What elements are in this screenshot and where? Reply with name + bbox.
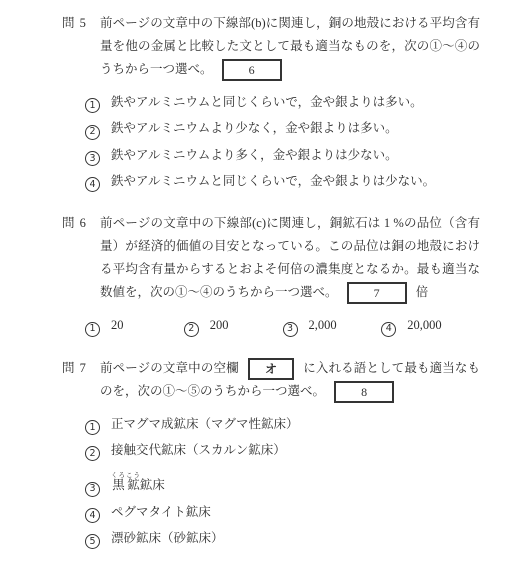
option-text: 鉄やアルミニウムと同じくらいで，金や銀よりは少ない。 — [111, 173, 435, 189]
option-row: 1 鉄やアルミニウムと同じくらいで，金や銀よりは多い。 — [85, 94, 480, 111]
option-text: 接触交代鉱床（スカルン鉱床） — [111, 442, 286, 458]
option-row: 2 200 — [184, 317, 283, 334]
option-row: 3 2,000 — [283, 317, 382, 334]
circled-number-icon: 4 — [381, 322, 396, 337]
question-5-options: 1 鉄やアルミニウムと同じくらいで，金や銀よりは多い。 2 鉄やアルミニウムより… — [85, 94, 480, 190]
option-text: ペグマタイト鉱床 — [111, 504, 211, 520]
question-7-options: 1 正マグマ成鉱床（マグマ性鉱床） 2 接触交代鉱床（スカルン鉱床） 3 黒鉱く… — [85, 416, 480, 547]
option-text: 正マグマ成鉱床（マグマ性鉱床） — [111, 416, 299, 432]
circled-number-icon: 5 — [85, 534, 100, 549]
question-6: 問 6 前ページの文章中の下線部(c)に関連し，銅鉱石は 1 %の品位（含有量）… — [62, 212, 480, 334]
option-furigana: くろこう — [111, 472, 141, 479]
question-7-text-block: 前ページの文章中の空欄 オ に入れる語として最も適当なものを，次の①～⑤のうちか… — [100, 357, 480, 403]
question-7: 問 7 前ページの文章中の空欄 オ に入れる語として最も適当なものを，次の①～⑤… — [62, 357, 480, 548]
circled-number-icon: 2 — [184, 322, 199, 337]
question-5-statement: 問 5 前ページの文章中の下線部(b)に関連し，銅の地殻における平均含有量を他の… — [62, 12, 480, 81]
circled-number-icon: 4 — [85, 177, 100, 192]
option-row: 1 正マグマ成鉱床（マグマ性鉱床） — [85, 416, 480, 433]
question-6-options: 1 20 2 200 3 2,000 4 20,000 — [85, 317, 480, 334]
option-row: 2 鉄やアルミニウムより少なく，金や銀よりは多い。 — [85, 120, 480, 137]
circled-number-icon: 1 — [85, 98, 100, 113]
circled-number-icon: 3 — [85, 151, 100, 166]
option-text: 200 — [210, 317, 229, 333]
question-5-label: 問 5 — [62, 12, 100, 35]
option-row: 4 鉄やアルミニウムと同じくらいで，金や銀よりは少ない。 — [85, 173, 480, 190]
option-text: 鉄やアルミニウムより多く，金や銀よりは少ない。 — [111, 147, 398, 163]
question-5-text-block: 前ページの文章中の下線部(b)に関連し，銅の地殻における平均含有量を他の金属と比… — [100, 12, 480, 81]
question-7-text-before-blank: 前ページの文章中の空欄 — [100, 361, 239, 375]
option-text: 鉄やアルミニウムより少なく，金や銀よりは多い。 — [111, 120, 398, 136]
circled-number-icon: 2 — [85, 125, 100, 140]
question-6-text-block: 前ページの文章中の下線部(c)に関連し，銅鉱石は 1 %の品位（含有量）が経済的… — [100, 212, 480, 304]
question-5-text: 前ページの文章中の下線部(b)に関連し，銅の地殻における平均含有量を他の金属と比… — [100, 16, 480, 76]
circled-number-icon: 1 — [85, 322, 100, 337]
circled-number-icon: 4 — [85, 508, 100, 523]
option-text-rest: 鉱床 — [140, 478, 165, 492]
circled-number-icon: 3 — [283, 322, 298, 337]
option-row: 1 20 — [85, 317, 184, 334]
question-7-label: 問 7 — [62, 357, 100, 380]
option-row: 4 ペグマタイト鉱床 — [85, 504, 480, 521]
option-ruby-base: 黒鉱 — [111, 478, 141, 492]
circled-number-icon: 3 — [85, 482, 100, 497]
option-row: 5 漂砂鉱床（砂鉱床） — [85, 530, 480, 547]
circled-number-icon: 1 — [85, 420, 100, 435]
option-text: 20,000 — [407, 317, 441, 333]
option-text: 黒鉱くろこう鉱床 — [111, 472, 165, 493]
question-7-statement: 問 7 前ページの文章中の空欄 オ に入れる語として最も適当なものを，次の①～⑤… — [62, 357, 480, 403]
option-row: 4 20,000 — [381, 317, 480, 334]
question-6-box-suffix: 倍 — [416, 285, 429, 299]
question-6-answer-box: 7 — [347, 282, 407, 304]
question-5: 問 5 前ページの文章中の下線部(b)に関連し，銅の地殻における平均含有量を他の… — [62, 12, 480, 190]
exam-page: 問 5 前ページの文章中の下線部(b)に関連し，銅の地殻における平均含有量を他の… — [0, 0, 520, 568]
option-row: 3 鉄やアルミニウムより多く，金や銀よりは少ない。 — [85, 147, 480, 164]
option-text: 2,000 — [309, 317, 337, 333]
option-row: 3 黒鉱くろこう鉱床 — [85, 468, 480, 494]
question-6-label: 問 6 — [62, 212, 100, 235]
option-text: 鉄やアルミニウムと同じくらいで，金や銀よりは多い。 — [111, 94, 423, 110]
question-6-statement: 問 6 前ページの文章中の下線部(c)に関連し，銅鉱石は 1 %の品位（含有量）… — [62, 212, 480, 304]
option-row: 2 接触交代鉱床（スカルン鉱床） — [85, 442, 480, 459]
option-text: 20 — [111, 317, 124, 333]
option-text: 漂砂鉱床（砂鉱床） — [111, 530, 224, 546]
question-7-answer-box: 8 — [334, 381, 394, 403]
question-5-answer-box: 6 — [222, 59, 282, 81]
question-7-blank-box: オ — [248, 358, 294, 380]
circled-number-icon: 2 — [85, 446, 100, 461]
